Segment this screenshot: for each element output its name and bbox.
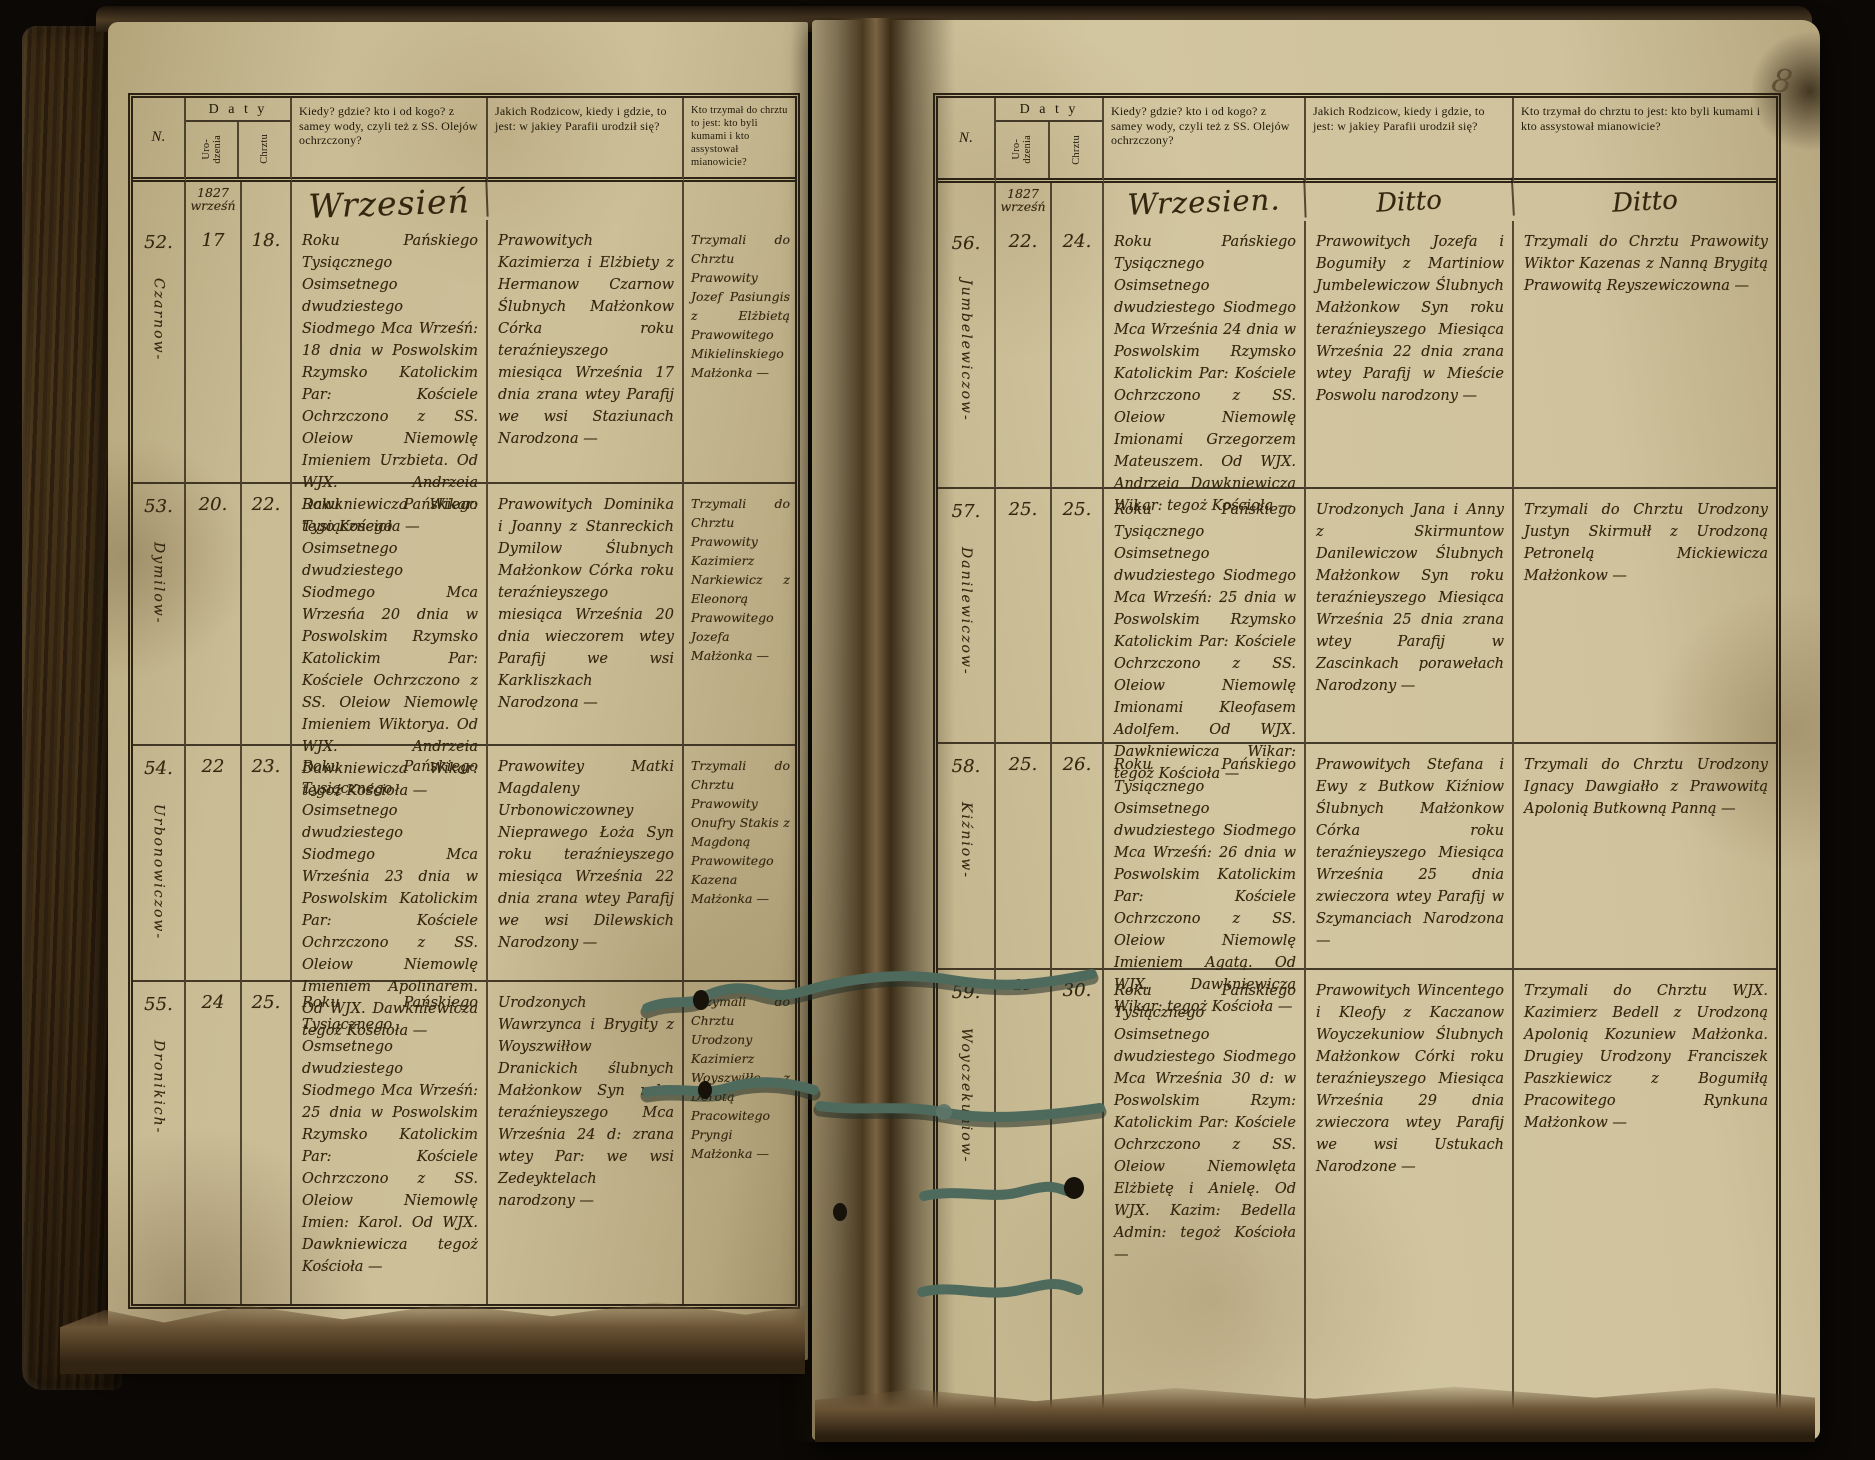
baptism-details: Roku Pańskiego Tysiącznego Osimsetnego d… xyxy=(292,220,488,484)
column-header-parents: Jakich Rodzicow, kiedy i gdzie, to jest:… xyxy=(1306,98,1514,183)
godparents-details: Trzymali do Chrztu Urodzony Justyn Skirm… xyxy=(1514,489,1776,744)
margin-surname: Czarnow- xyxy=(151,278,167,361)
parents-details: Prawowitych Kazimierza i Elżbiety z Herm… xyxy=(488,220,684,484)
parents-details: Prawowitych Stefana i Ewy z Butkow Kiźni… xyxy=(1306,744,1514,970)
month-row-spacer xyxy=(938,183,996,221)
record-number: 58. xyxy=(938,744,994,777)
record-number-cell: 54. Urbonowiczow- xyxy=(133,746,186,982)
margin-surname: Dymilow- xyxy=(151,542,167,625)
daty-subcolumns: Uro- dzenia Chrztu xyxy=(996,122,1102,179)
record-number: 52. xyxy=(133,220,184,253)
parents-details: Prawowitych Jozefa i Bogumiły z Martinio… xyxy=(1306,221,1514,489)
column-header-n: N. xyxy=(938,98,996,183)
chrztu-label: Chrztu xyxy=(259,134,270,164)
daty-label: D a t y xyxy=(186,98,290,122)
godparents-details: Trzymali do Chrztu Prawowity Onufry Stak… xyxy=(684,746,795,982)
month-row-spacer xyxy=(133,182,186,220)
record-number: 54. xyxy=(133,746,184,779)
year-note: 1827 wrześń xyxy=(186,182,242,220)
baptism-day: 23. xyxy=(242,746,292,982)
chrztu-label: Chrztu xyxy=(1071,135,1082,165)
column-header-daty: D a t y Uro- dzenia Chrztu xyxy=(186,98,292,182)
urodzenia-label: Uro- dzenia xyxy=(1011,135,1033,164)
baptism-details: Roku Pańskiego Tysiącznego Osimsetnego d… xyxy=(1104,221,1306,489)
record-number-cell: 57. Danilewiczow- xyxy=(938,489,996,744)
baptism-details: Roku Pańskiego Tysiącznego Osimsetnego d… xyxy=(1104,970,1306,1434)
margin-surname: Danilewiczow- xyxy=(958,547,974,676)
column-header-chrztu: Chrztu xyxy=(239,122,290,178)
register-table-right: N. D a t y Uro- dzenia Chrztu Kiedy? gdz… xyxy=(933,93,1781,1439)
parents-details: Prawowitych Dominika i Joanny z Stanreck… xyxy=(488,484,684,746)
register-table-left: N. D a t y Uro- dzenia Chrztu Kiedy? gdz… xyxy=(128,93,800,1309)
record-number-cell: 59. Woyczekuniow- xyxy=(938,970,996,1434)
baptism-details: Roku Pańskiego Tysiącznego Osmsetnego dw… xyxy=(292,982,488,1304)
birth-day: 25. xyxy=(996,489,1052,744)
book-fore-edge-page-stack xyxy=(22,26,122,1390)
birth-day: 22 xyxy=(186,746,242,982)
column-header-n-label: N. xyxy=(959,131,973,146)
baptism-details: Roku Pańskiego Tysiącznego Osimsetnego d… xyxy=(292,484,488,746)
column-header-parents: Jakich Rodzicow, kiedy i gdzie, to jest:… xyxy=(488,98,684,182)
godparents-details: Trzymali do Chrztu Urodzony Kazimierz Wo… xyxy=(684,982,795,1304)
birth-day: 24 xyxy=(186,982,242,1304)
record-number-cell: 53. Dymilow- xyxy=(133,484,186,746)
month-header: Wrzesień xyxy=(291,179,488,224)
month-row-spacer xyxy=(684,182,795,220)
birth-day: 29 xyxy=(996,970,1052,1434)
parents-details: Prawowitych Wincentego i Kleofy z Kaczan… xyxy=(1306,970,1514,1434)
margin-surname: Dronikich- xyxy=(151,1040,167,1134)
left-page: N. D a t y Uro- dzenia Chrztu Kiedy? gdz… xyxy=(108,22,808,1360)
birth-day: 20. xyxy=(186,484,242,746)
photo-backdrop: { "page_number": "8", "column_headers": … xyxy=(0,0,1875,1460)
record-number: 57. xyxy=(938,489,994,522)
record-number: 53. xyxy=(133,484,184,517)
baptism-day: 25. xyxy=(1052,489,1104,744)
urodzenia-label: Uro- dzenia xyxy=(201,135,223,164)
column-header-urodzenia: Uro- dzenia xyxy=(186,122,239,178)
baptism-day: 26. xyxy=(1052,744,1104,970)
month-row-spacer xyxy=(242,182,292,220)
daty-subcolumns: Uro- dzenia Chrztu xyxy=(186,122,290,178)
godparents-details: Trzymali do Chrztu Prawowity Jozef Pasiu… xyxy=(684,220,795,484)
parents-details: Urodzonych Wawrzynca i Brygity z Woyszwi… xyxy=(488,982,684,1304)
baptism-details: Roku Pańskiego Tysiącznego Osimsetnego d… xyxy=(1104,744,1306,970)
year-note: 1827 wrześń xyxy=(996,183,1052,221)
column-header-n-label: N. xyxy=(151,130,165,145)
daty-label: D a t y xyxy=(996,98,1102,122)
ditto-label: Ditto xyxy=(1305,178,1515,227)
godparents-details: Trzymali do Chrztu WJX. Kazimierz Bedell… xyxy=(1514,970,1776,1434)
record-number-cell: 56. Jumbelewiczow- xyxy=(938,221,996,489)
record-number: 56. xyxy=(938,221,994,254)
godparents-details: Trzymali do Chrztu Prawowity Kazimierz N… xyxy=(684,484,795,746)
baptism-details: Roku Pańskiego Tysiącznego Osimsetnego d… xyxy=(1104,489,1306,744)
baptism-day: 30. xyxy=(1052,970,1104,1434)
record-number-cell: 58. Kiźniow- xyxy=(938,744,996,970)
column-header-baptism: Kiedy? gdzie? kto i od kogo? z samey wod… xyxy=(1104,98,1306,183)
birth-day: 22. xyxy=(996,221,1052,489)
birth-day: 25. xyxy=(996,744,1052,970)
column-header-baptism: Kiedy? gdzie? kto i od kogo? z samey wod… xyxy=(292,98,488,182)
baptism-details: Roku Pańskiego Tysiącznego Osimsetnego d… xyxy=(292,746,488,982)
godparents-details: Trzymali do Chrztu Urodzony Ignacy Dawgi… xyxy=(1514,744,1776,970)
record-number-cell: 52. Czarnow- xyxy=(133,220,186,484)
month-row-spacer xyxy=(1052,183,1104,221)
baptism-day: 18. xyxy=(242,220,292,484)
column-header-urodzenia: Uro- dzenia xyxy=(996,122,1050,179)
month-row-spacer xyxy=(488,182,684,220)
parents-details: Prawowitey Matki Magdaleny Urbonowiczown… xyxy=(488,746,684,982)
right-page: N. D a t y Uro- dzenia Chrztu Kiedy? gdz… xyxy=(812,20,1820,1440)
month-header: Wrzesien. xyxy=(1103,179,1306,224)
baptism-day: 24. xyxy=(1052,221,1104,489)
column-header-daty: D a t y Uro- dzenia Chrztu xyxy=(996,98,1104,183)
margin-surname: Urbonowiczow- xyxy=(151,804,167,940)
record-number: 59. xyxy=(938,970,994,1003)
margin-surname: Kiźniow- xyxy=(958,802,974,879)
birth-day: 17 xyxy=(186,220,242,484)
record-number-cell: 55. Dronikich- xyxy=(133,982,186,1304)
godparents-details: Trzymali do Chrztu Prawowity Wiktor Kaze… xyxy=(1514,221,1776,489)
column-header-godparents: Kto trzymał do chrztu to jest: kto byli … xyxy=(1514,98,1776,183)
margin-surname: Woyczekuniow- xyxy=(958,1028,974,1163)
column-header-chrztu: Chrztu xyxy=(1050,122,1102,179)
column-header-godparents: Kto trzymał do chrztu to jest: kto byli … xyxy=(684,98,795,182)
baptism-day: 22. xyxy=(242,484,292,746)
record-number: 55. xyxy=(133,982,184,1015)
parents-details: Urodzonych Jana i Anny z Skirmuntow Dani… xyxy=(1306,489,1514,744)
baptism-day: 25. xyxy=(242,982,292,1304)
column-header-n: N. xyxy=(133,98,186,182)
margin-surname: Jumbelewiczow- xyxy=(958,279,974,422)
